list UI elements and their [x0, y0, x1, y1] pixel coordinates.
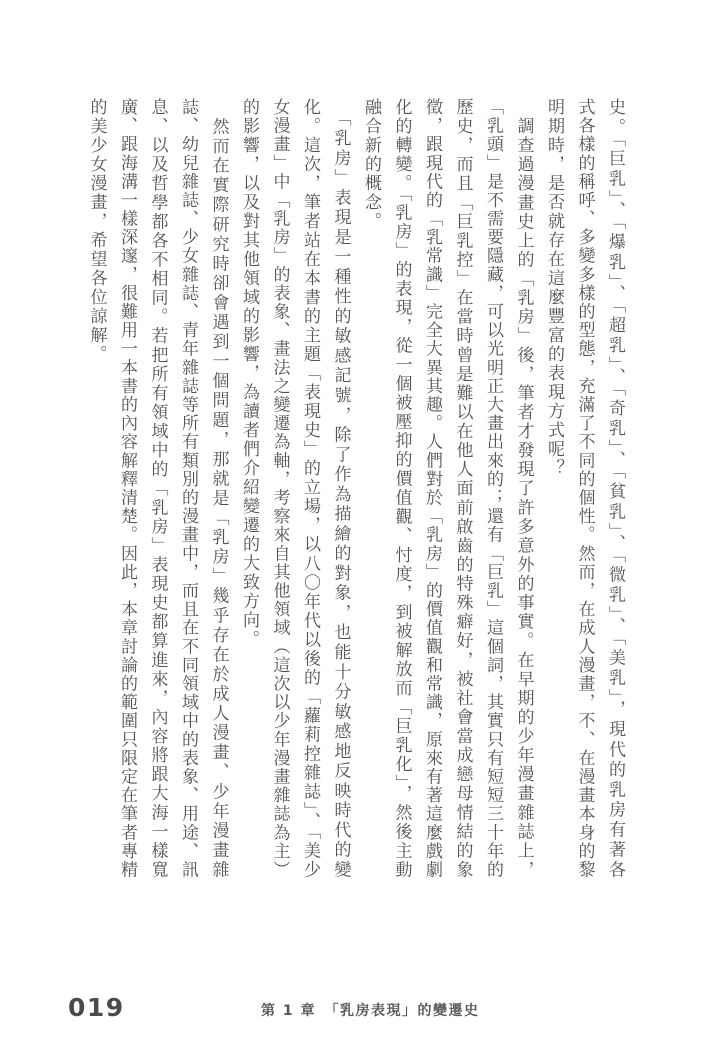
- text-column: 的影響，以及對其他領域的影響，為讀者們介紹變遷的大致方向。: [234, 98, 265, 878]
- page-number: 019: [68, 993, 125, 1022]
- text-column: 然而在實際研究時卻會遇到一個問題，那就是「乳房」幾乎存在於成人漫畫、少年漫畫雜: [203, 98, 234, 878]
- text-column: 式各樣的稱呼、多變多樣的型態，充滿了不同的個性。然而，在成人漫畫，不、在漫畫本身…: [569, 98, 600, 878]
- text-column: 明期時，是否就存在這麼豐富的表現方式呢？: [539, 98, 570, 878]
- text-column: 女漫畫」中「乳房」的表象、畫法之變遷為軸，考察來自其他領域（這次以少年漫畫雜誌為…: [264, 98, 295, 878]
- chapter-footer: 第 1 章 「乳房表現」的變遷史: [261, 1000, 480, 1020]
- text-column: 史。「巨乳」、「爆乳」、「超乳」、「奇乳」、「貧乳」、「微乳」、「美乳」，現代的…: [600, 98, 631, 878]
- text-column: 調查過漫畫史上的「乳房」後，筆者才發現了許多意外的事實。在早期的少年漫畫雜誌上，: [508, 98, 539, 878]
- text-column: 的美少女漫畫，希望各位諒解。: [81, 98, 112, 878]
- body-text: 史。「巨乳」、「爆乳」、「超乳」、「奇乳」、「貧乳」、「微乳」、「美乳」，現代的…: [81, 98, 630, 878]
- text-column: 息、以及哲學都各不相同。若把所有領域中的「乳房」表現史都算進來，內容將跟大海一樣…: [142, 98, 173, 878]
- text-column: 歷史，而且「巨乳控」在當時曾是難以在他人面前啟齒的特殊癖好，被社會當成戀母情結的…: [447, 98, 478, 878]
- text-column: 誌、幼兒雜誌、少女雜誌、青年雜誌等所有類別的漫畫中，而且在不同領域中的表象、用途…: [173, 98, 204, 878]
- book-page: 史。「巨乳」、「爆乳」、「超乳」、「奇乳」、「貧乳」、「微乳」、「美乳」，現代的…: [0, 0, 713, 1050]
- text-column: 「乳頭」是不需要隱藏，可以光明正大畫出來的；還有「巨乳」這個詞，其實只有短短三十…: [478, 98, 509, 878]
- text-column: 化的轉變。「乳房」的表現，從一個被壓抑的價值觀、忖度，到被解放而「巨乳化」，然後…: [386, 98, 417, 878]
- text-column: 融合新的概念。: [356, 98, 387, 878]
- text-column: 「乳房」表現是一種性的敏感記號，除了作為描繪的對象，也能十分敏感地反映時代的變: [325, 98, 356, 878]
- text-column: 徵，跟現代的「乳常識」完全大異其趣。人們對於「乳房」的價值觀和常識，原來有著這麼…: [417, 98, 448, 878]
- text-column: 化。這次，筆者站在本書的主題「表現史」的立場，以八〇年代以後的「蘿莉控雜誌」、「…: [295, 98, 326, 878]
- text-column: 廣、跟海溝一樣深邃，很難用一本書的內容解釋清楚。因此，本章討論的範圍只限定在筆者…: [112, 98, 143, 878]
